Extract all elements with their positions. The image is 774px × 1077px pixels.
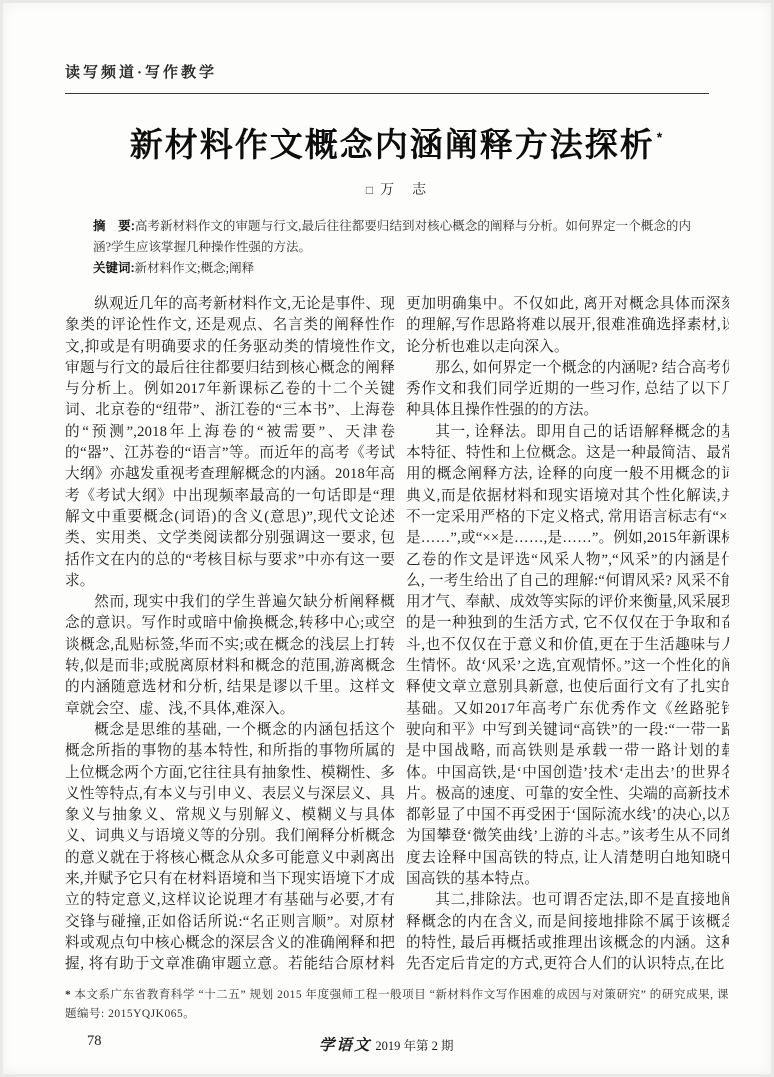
paragraph: 概念是思维的基础, 一个概念的内涵包括这个概念所指的事物的基本特性, 和所指的事… [65,720,395,976]
title-footnote-marker: * [657,129,664,145]
article-title-text: 新材料作文概念内涵阐释方法探析 [130,126,655,163]
footnote: *本文系广东省教育科学 “十二五” 规划 2015 年度强师工程一般项目 “新材… [65,986,729,1024]
keywords-label: 关键词: [93,261,135,275]
journal-line: 学语文2019 年第 2 期 [319,1033,454,1055]
paragraph: 其二,排除法。也可谓否定法,即不是直接地阐释概念的内在含义, 而是间接地排除不属… [406,890,729,975]
paragraph: 更加明确集中。不仅如此, 离开对概念具体而深刻的理解,写作思路将难以展开,很难准… [406,294,729,358]
abstract-block: 摘 要:高考新材料作文的审题与行文,最后往往都要归结到对核心概念的阐释与分析。如… [93,216,691,279]
right-column: 更加明确集中。不仅如此, 离开对概念具体而深刻的理解,写作思路将难以展开,很难准… [406,294,729,976]
footnote-text: 本文系广东省教育科学 “十二五” 规划 2015 年度强师工程一般项目 “新材料… [65,989,729,1020]
paragraph: 纵观近几年的高考新材料作文,无论是事件、现象类的评论性作文, 还是观点、名言类的… [65,294,395,592]
page-footer: 78 学语文2019 年第 2 期 [65,1033,729,1057]
author-name: 万 志 [380,183,428,198]
article-body: 纵观近几年的高考新材料作文,无论是事件、现象类的评论性作文, 还是观点、名言类的… [65,294,729,976]
journal-page: 读写频道·写作教学 新材料作文概念内涵阐释方法探析* □万 志 摘 要:高考新材… [3,3,771,1074]
page-number: 78 [87,1033,102,1050]
keywords-paragraph: 关键词:新材料作文;概念;阐释 [93,258,691,279]
journal-issue: 2019 年第 2 期 [375,1039,453,1053]
journal-name: 学语文 [319,1037,372,1054]
abstract-label: 摘 要: [93,219,135,233]
left-column: 纵观近几年的高考新材料作文,无论是事件、现象类的评论性作文, 还是观点、名言类的… [65,294,395,976]
footnote-marker: * [65,989,71,1001]
abstract-text: 高考新材料作文的审题与行文,最后往往都要归结到对核心概念的阐释与分析。如何界定一… [93,219,691,254]
paragraph: 然而, 现实中我们的学生普遍欠缺分析阐释概念的意识。写作时或暗中偷换概念,转移中… [65,592,395,720]
author-box-icon: □ [366,183,375,197]
author-line: □万 志 [65,179,729,199]
keywords-text: 新材料作文;概念;阐释 [135,261,254,275]
header-rule [65,93,709,94]
section-label: 读写频道·写作教学 [65,61,729,82]
abstract-paragraph: 摘 要:高考新材料作文的审题与行文,最后往往都要归结到对核心概念的阐释与分析。如… [93,216,691,258]
paragraph: 那么, 如何界定一个概念的内涵呢? 结合高考优秀作文和我们同学近期的一些习作, … [406,358,729,422]
article-title: 新材料作文概念内涵阐释方法探析* [65,119,729,166]
paragraph: 其一, 诠释法。即用自己的话语解释概念的基本特征、特性和上位概念。这是一种最简洁… [406,422,729,891]
